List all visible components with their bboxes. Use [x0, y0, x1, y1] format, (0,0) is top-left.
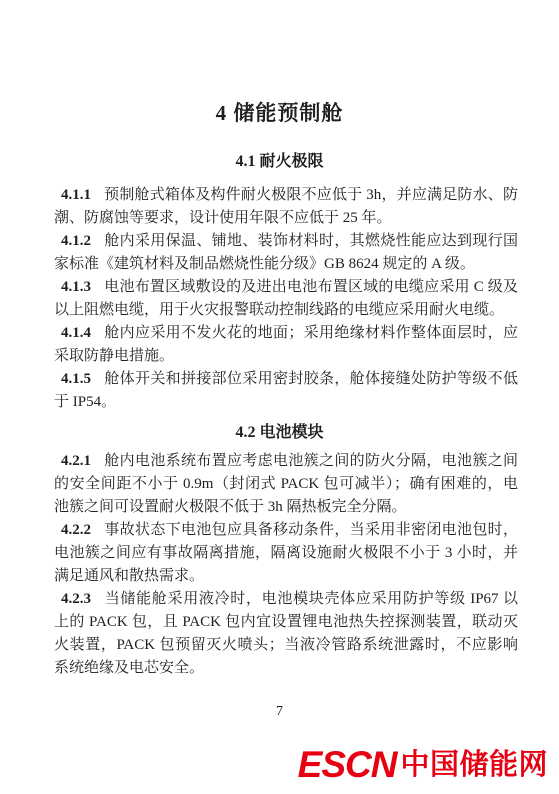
clause-line: 4.2.1舱内电池系统布置应考虑电池簇之间的防火分隔，电池簇之间: [54, 450, 518, 473]
clause-line: 4.1.3电池布置区域敷设的及进出电池布置区域的电缆应采用 C 级及: [54, 276, 518, 299]
clause-number: 4.1.5: [61, 371, 91, 387]
clause-line: 火装置，PACK 包预留灭火喷头；当液冷管路系统泄露时，不应影响: [54, 634, 518, 657]
clause-line: 4.2.3当储能舱采用液冷时，电池模块壳体应采用防护等级 IP67 以: [54, 588, 518, 611]
clause-line: 满足通风和散热需求。: [54, 565, 518, 588]
escn-logo: ESCN中国储能网: [298, 744, 548, 786]
escn-logo-chinese: 中国储能网: [400, 744, 548, 786]
clause-line: 4.1.2舱内采用保温、铺地、装饰材料时，其燃烧性能应达到现行国: [54, 230, 518, 253]
clause-line: 4.1.4舱内应采用不发火花的地面；采用绝缘材料作整体面层时，应: [54, 322, 518, 345]
clause-line: 4.1.5舱体开关和拼接部位采用密封胶条，舱体接缝处防护等级不低: [54, 368, 518, 391]
document-page: 4 储能预制舱 4.1 耐火极限 4.1.1预制舱式箱体及构件耐火极限不应低于 …: [0, 0, 559, 794]
clause-text: 电池布置区域敷设的及进出电池布置区域的电缆应采用 C 级及: [104, 279, 518, 295]
clause-4-1-3: 4.1.3电池布置区域敷设的及进出电池布置区域的电缆应采用 C 级及 以上阻燃电…: [54, 276, 518, 322]
page-number: 7: [0, 702, 559, 722]
clause-4-2-2: 4.2.2事故状态下电池包应具备移动条件，当采用非密闭电池包时， 电池簇之间应有…: [54, 519, 518, 588]
section-4-2-body: 4.2.1舱内电池系统布置应考虑电池簇之间的防火分隔，电池簇之间 的安全间距不小…: [54, 450, 518, 680]
clause-line: 于 IP54。: [54, 391, 518, 414]
clause-text: 舱内采用保温、铺地、装饰材料时，其燃烧性能应达到现行国: [104, 233, 518, 249]
section-heading-4-2: 4.2 电池模块: [0, 420, 559, 446]
section-4-1-body: 4.1.1预制舱式箱体及构件耐火极限不应低于 3h，并应满足防水、防 潮、防腐蚀…: [54, 184, 518, 414]
clause-line: 电池簇之间应有事故隔离措施，隔离设施耐火极限不小于 3 小时，并: [54, 542, 518, 565]
clause-line: 上的 PACK 包，且 PACK 包内宜设置锂电池热失控探测装置，联动灭: [54, 611, 518, 634]
chapter-title: 4 储能预制舱: [0, 98, 559, 129]
clause-4-1-4: 4.1.4舱内应采用不发火花的地面；采用绝缘材料作整体面层时，应 采取防静电措施…: [54, 322, 518, 368]
clause-4-1-1: 4.1.1预制舱式箱体及构件耐火极限不应低于 3h，并应满足防水、防 潮、防腐蚀…: [54, 184, 518, 230]
escn-logo-latin: ESCN: [298, 744, 397, 786]
clause-text: 预制舱式箱体及构件耐火极限不应低于 3h，并应满足防水、防: [104, 187, 518, 203]
clause-4-2-3: 4.2.3当储能舱采用液冷时，电池模块壳体应采用防护等级 IP67 以 上的 P…: [54, 588, 518, 680]
clause-line: 家标准《建筑材料及制品燃烧性能分级》GB 8624 规定的 A 级。: [54, 253, 518, 276]
clause-4-2-1: 4.2.1舱内电池系统布置应考虑电池簇之间的防火分隔，电池簇之间 的安全间距不小…: [54, 450, 518, 519]
clause-text: 当储能舱采用液冷时，电池模块壳体应采用防护等级 IP67 以: [104, 591, 518, 607]
clause-line: 潮、防腐蚀等要求，设计使用年限不应低于 25 年。: [54, 207, 518, 230]
clause-4-1-5: 4.1.5舱体开关和拼接部位采用密封胶条，舱体接缝处防护等级不低 于 IP54。: [54, 368, 518, 414]
clause-line: 以上阻燃电缆，用于火灾报警联动控制线路的电缆应采用耐火电缆。: [54, 299, 518, 322]
clause-text: 舱内电池系统布置应考虑电池簇之间的防火分隔，电池簇之间: [104, 453, 518, 469]
clause-4-1-2: 4.1.2舱内采用保温、铺地、装饰材料时，其燃烧性能应达到现行国 家标准《建筑材…: [54, 230, 518, 276]
clause-number: 4.2.2: [61, 522, 91, 538]
clause-line: 池簇之间可设置耐火极限不低于 3h 隔热板完全分隔。: [54, 496, 518, 519]
clause-line: 4.2.2事故状态下电池包应具备移动条件，当采用非密闭电池包时，: [54, 519, 518, 542]
clause-line: 4.1.1预制舱式箱体及构件耐火极限不应低于 3h，并应满足防水、防: [54, 184, 518, 207]
clause-text: 事故状态下电池包应具备移动条件，当采用非密闭电池包时，: [104, 522, 518, 538]
clause-number: 4.2.3: [61, 591, 91, 607]
section-heading-4-1: 4.1 耐火极限: [0, 149, 559, 175]
clause-number: 4.1.1: [61, 187, 91, 203]
clause-line: 系统绝缘及电芯安全。: [54, 657, 518, 680]
clause-text: 舱内应采用不发火花的地面；采用绝缘材料作整体面层时，应: [104, 325, 518, 341]
clause-number: 4.1.3: [61, 279, 91, 295]
clause-number: 4.1.2: [61, 233, 91, 249]
clause-number: 4.2.1: [61, 453, 91, 469]
clause-text: 舱体开关和拼接部位采用密封胶条，舱体接缝处防护等级不低: [104, 371, 518, 387]
clause-line: 的安全间距不小于 0.9m（封闭式 PACK 包可减半）；确有困难的，电: [54, 473, 518, 496]
clause-line: 采取防静电措施。: [54, 345, 518, 368]
clause-number: 4.1.4: [61, 325, 91, 341]
